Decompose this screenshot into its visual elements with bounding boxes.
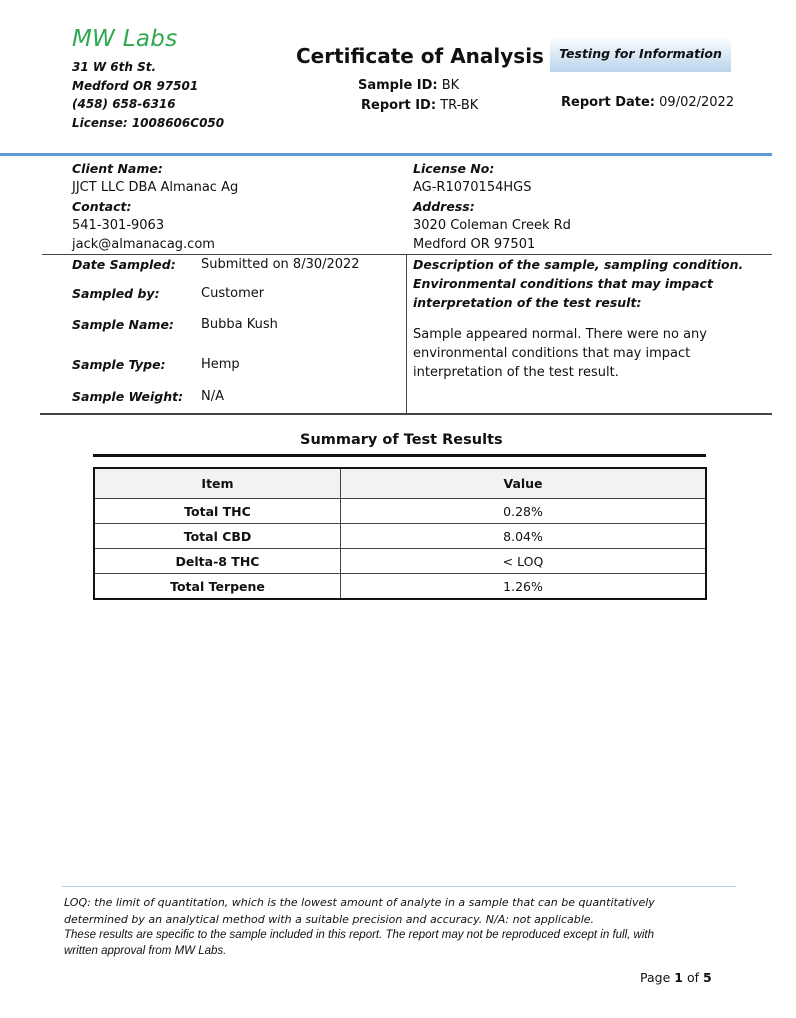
summary-title: Summary of Test Results (300, 432, 500, 448)
summary-rule (93, 454, 706, 457)
report-date: Report Date: 09/02/2022 (561, 95, 734, 110)
contact-email: jack@almanacag.com (72, 237, 215, 252)
footer-divider (62, 886, 736, 887)
sample-weight-value: N/A (201, 389, 224, 404)
sample-type-value: Hemp (201, 357, 240, 372)
footer-note-3: These results are specific to the sample… (64, 929, 654, 941)
report-date-value: 09/02/2022 (659, 95, 734, 110)
sample-id-value: BK (442, 78, 459, 93)
lab-logo-name: MW Labs (72, 26, 178, 52)
lab-address-line1: 31 W 6th St. (72, 60, 156, 74)
table-row: Total Terpene 1.26% (94, 574, 706, 600)
report-id-value: TR-BK (440, 98, 478, 113)
column-divider (406, 254, 407, 414)
sample-id-label: Sample ID: (358, 78, 438, 93)
description-line-2: environmental conditions that may impact (413, 346, 690, 361)
lab-phone: (458) 658-6316 (72, 97, 176, 111)
footer-note-4: written approval from MW Labs. (64, 945, 226, 957)
page-number: Page 1 of 5 (640, 970, 712, 985)
contact-phone: 541-301-9063 (72, 218, 164, 233)
sampled-by-label: Sampled by: (72, 286, 160, 301)
sample-name-value: Bubba Kush (201, 317, 278, 332)
page-of: of (687, 970, 699, 985)
client-license: AG-R1070154HGS (413, 180, 531, 195)
license-label: License No: (413, 161, 494, 176)
section-bottom-divider (40, 413, 772, 415)
sample-id: Sample ID: BK (358, 78, 459, 93)
page-current: 1 (674, 970, 683, 985)
section-divider (42, 254, 772, 255)
description-line-1: Sample appeared normal. There were no an… (413, 327, 707, 342)
row-item: Total THC (94, 499, 341, 524)
sample-name-label: Sample Name: (72, 317, 174, 332)
table-row: Total THC 0.28% (94, 499, 706, 524)
description-heading-1: Description of the sample, sampling cond… (413, 257, 743, 272)
row-item: Total CBD (94, 524, 341, 549)
row-item: Total Terpene (94, 574, 341, 600)
sample-type-label: Sample Type: (72, 357, 166, 372)
client-address-line1: 3020 Coleman Creek Rd (413, 218, 571, 233)
report-id-label: Report ID: (361, 98, 436, 113)
footer-note-1: LOQ: the limit of quantitation, which is… (64, 896, 655, 909)
page-label: Page (640, 970, 670, 985)
row-item: Delta-8 THC (94, 549, 341, 574)
client-address-line2: Medford OR 97501 (413, 237, 535, 252)
testing-purpose-badge: Testing for Information (550, 38, 731, 72)
column-header-value: Value (341, 468, 707, 499)
summary-table: Item Value Total THC 0.28% Total CBD 8.0… (93, 467, 707, 600)
report-id: Report ID: TR-BK (361, 98, 478, 113)
row-value: 8.04% (341, 524, 707, 549)
header-divider (0, 153, 772, 156)
description-line-3: interpretation of the test result. (413, 365, 619, 380)
client-name-label: Client Name: (72, 161, 163, 176)
report-date-label: Report Date: (561, 95, 655, 110)
client-name: JJCT LLC DBA Almanac Ag (72, 180, 238, 195)
badge-label: Testing for Information (550, 46, 731, 61)
row-value: 1.26% (341, 574, 707, 600)
description-heading-3: interpretation of the test result: (413, 295, 641, 310)
description-heading-2: Environmental conditions that may impact (413, 276, 713, 291)
column-header-item: Item (94, 468, 341, 499)
date-sampled-label: Date Sampled: (72, 257, 176, 272)
lab-address-line2: Medford OR 97501 (72, 79, 198, 93)
summary-header-row: Item Value (94, 468, 706, 499)
contact-label: Contact: (72, 199, 131, 214)
date-sampled-value: Submitted on 8/30/2022 (201, 257, 360, 272)
page-total: 5 (703, 970, 712, 985)
sampled-by-value: Customer (201, 286, 264, 301)
sample-weight-label: Sample Weight: (72, 389, 183, 404)
table-row: Delta-8 THC < LOQ (94, 549, 706, 574)
row-value: 0.28% (341, 499, 707, 524)
row-value: < LOQ (341, 549, 707, 574)
table-row: Total CBD 8.04% (94, 524, 706, 549)
footer-note-2: determined by an analytical method with … (64, 913, 594, 926)
document-title: Certificate of Analysis (296, 44, 511, 68)
address-label: Address: (413, 199, 475, 214)
lab-license: License: 1008606C050 (72, 116, 224, 130)
